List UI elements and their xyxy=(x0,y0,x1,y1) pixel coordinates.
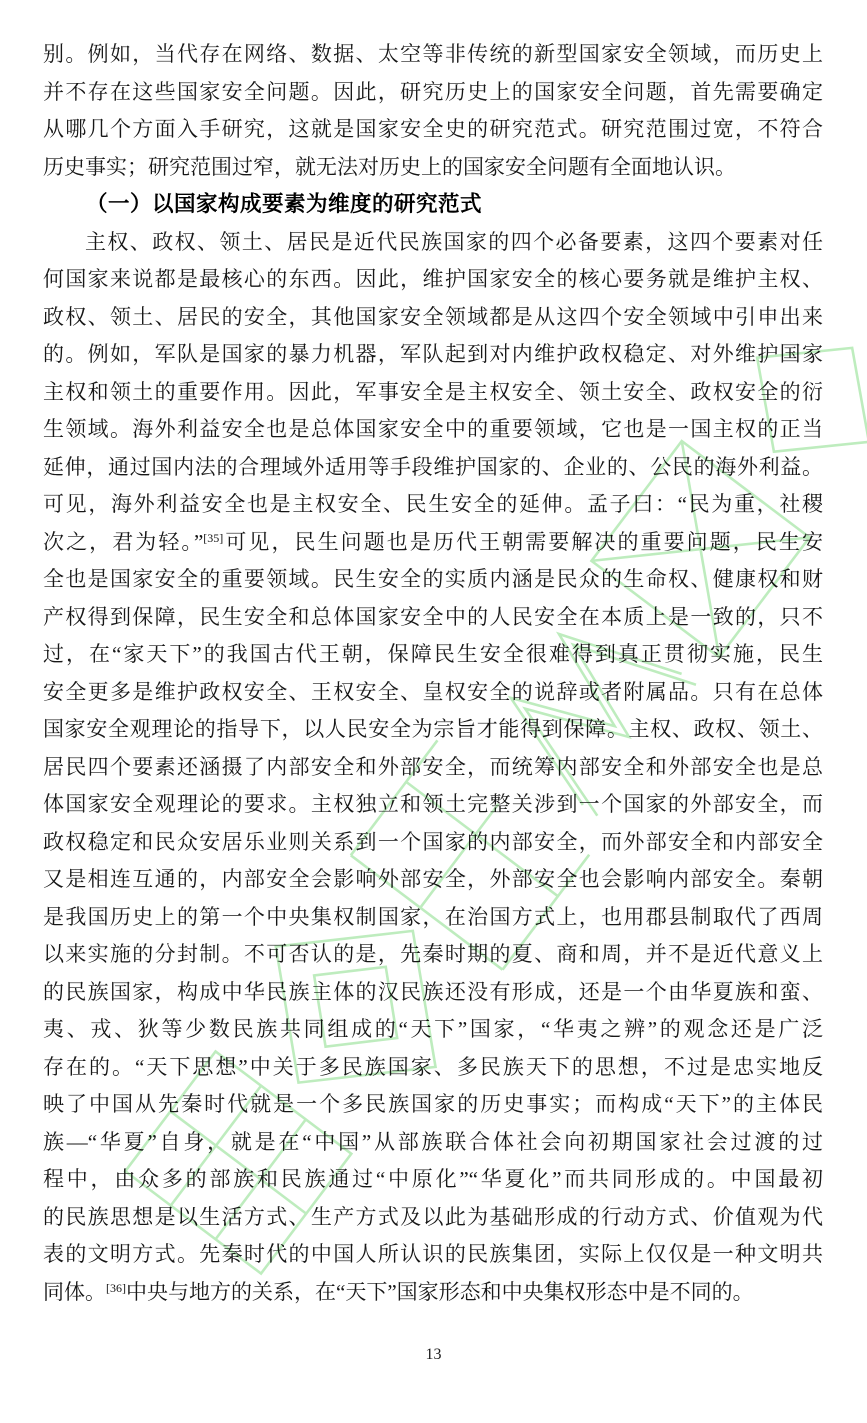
text-line: 的。例如，军队是国家的暴力机器，军队起到对内维护政权稳定、对外维护国家 xyxy=(43,336,823,374)
text-line: 体国家安全观理论的要求。主权独立和领土完整关涉到一个国家的外部安全，而 xyxy=(43,786,823,824)
text-line: 国家安全观理论的指导下，以人民安全为宗旨才能得到保障。主权、政权、领土、 xyxy=(43,711,823,749)
page-number: 13 xyxy=(0,1346,867,1364)
text-line: 延伸，通过国内法的合理域外适用等手段维护国家的、企业的、公民的海外利益。 xyxy=(43,449,823,487)
text-line: 主权、政权、领土、居民是近代民族国家的四个必备要素，这四个要素对任 xyxy=(43,224,823,262)
footnote-marker: [35] xyxy=(203,531,223,545)
document-page: 别。例如，当代存在网络、数据、太空等非传统的新型国家安全领域，而历史上并不存在这… xyxy=(0,0,867,1423)
paragraph-continuation: 别。例如，当代存在网络、数据、太空等非传统的新型国家安全领域，而历史上并不存在这… xyxy=(43,36,823,186)
text-line: 别。例如，当代存在网络、数据、太空等非传统的新型国家安全领域，而历史上 xyxy=(43,36,823,74)
text-line: 产权得到保障，民生安全和总体国家安全中的人民安全在本质上是一致的，只不 xyxy=(43,599,823,637)
text-line: 从哪几个方面入手研究，这就是国家安全史的研究范式。研究范围过宽，不符合 xyxy=(43,111,823,149)
text-line: 夷、戎、狄等少数民族共同组成的“天下”国家，“华夷之辨”的观念还是广泛 xyxy=(43,1011,823,1049)
text-line: 安全更多是维护政权安全、王权安全、皇权安全的说辞或者附属品。只有在总体 xyxy=(43,674,823,712)
text-line: 程中，由众多的部族和民族通过“中原化”“华夏化”而共同形成的。中国最初 xyxy=(43,1161,823,1199)
text-line: 是我国历史上的第一个中央集权制国家，在治国方式上，也用郡县制取代了西周 xyxy=(43,899,823,937)
text-line: 何国家来说都是最核心的东西。因此，维护国家安全的核心要务就是维护主权、 xyxy=(43,261,823,299)
text-line: 历史事实；研究范围过窄，就无法对历史上的国家安全问题有全面地认识。 xyxy=(43,149,823,187)
text-line: 的民族思想是以生活方式、生产方式及以此为基础形成的行动方式、价值观为代 xyxy=(43,1199,823,1237)
footnote-marker: [36] xyxy=(106,1281,126,1295)
text-line: 存在的。“天下思想”中关于多民族国家、多民族天下的思想，不过是忠实地反 xyxy=(43,1049,823,1087)
text-line: 的民族国家，构成中华民族主体的汉民族还没有形成，还是一个由华夏族和蛮、 xyxy=(43,974,823,1012)
text-line: 全也是国家安全的重要领域。民生安全的实质内涵是民众的生命权、健康权和财 xyxy=(43,561,823,599)
text-line: 并不存在这些国家安全问题。因此，研究历史上的国家安全问题，首先需要确定 xyxy=(43,74,823,112)
text-line: 主权和领土的重要作用。因此，军事安全是主权安全、领土安全、政权安全的衍 xyxy=(43,374,823,412)
text-line: 生领域。海外利益安全也是总体国家安全中的重要领域，它也是一国主权的正当 xyxy=(43,411,823,449)
text-line: 又是相连互通的，内部安全会影响外部安全，外部安全也会影响内部安全。秦朝 xyxy=(43,861,823,899)
text-line: 政权、领土、居民的安全，其他国家安全领域都是从这四个安全领域中引申出来 xyxy=(43,299,823,337)
page-content: 别。例如，当代存在网络、数据、太空等非传统的新型国家安全领域，而历史上并不存在这… xyxy=(43,36,823,1311)
text-line: 次之，君为轻。”[35]可见，民生问题也是历代王朝需要解决的重要问题，民生安 xyxy=(43,524,823,562)
text-line: 同体。[36]中央与地方的关系，在“天下”国家形态和中央集权形态中是不同的。 xyxy=(43,1274,823,1312)
text-line: 表的文明方式。先秦时代的中国人所认识的民族集团，实际上仅仅是一种文明共 xyxy=(43,1236,823,1274)
section-heading: （一）以国家构成要素为维度的研究范式 xyxy=(43,186,823,224)
text-line: 以来实施的分封制。不可否认的是，先秦时期的夏、商和周，并不是近代意义上 xyxy=(43,936,823,974)
paragraph-body: 主权、政权、领土、居民是近代民族国家的四个必备要素，这四个要素对任何国家来说都是… xyxy=(43,224,823,1312)
text-line: 居民四个要素还涵摄了内部安全和外部安全，而统筹内部安全和外部安全也是总 xyxy=(43,749,823,787)
text-line: 过，在“家天下”的我国古代王朝，保障民生安全很难得到真正贯彻实施，民生 xyxy=(43,636,823,674)
text-line: 映了中国从先秦时代就是一个多民族国家的历史事实；而构成“天下”的主体民 xyxy=(43,1086,823,1124)
text-line: 可见，海外利益安全也是主权安全、民生安全的延伸。孟子曰：“民为重，社稷 xyxy=(43,486,823,524)
text-line: 族—“华夏”自身，就是在“中国”从部族联合体社会向初期国家社会过渡的过 xyxy=(43,1124,823,1162)
text-line: 政权稳定和民众安居乐业则关系到一个国家的内部安全，而外部安全和内部安全 xyxy=(43,824,823,862)
